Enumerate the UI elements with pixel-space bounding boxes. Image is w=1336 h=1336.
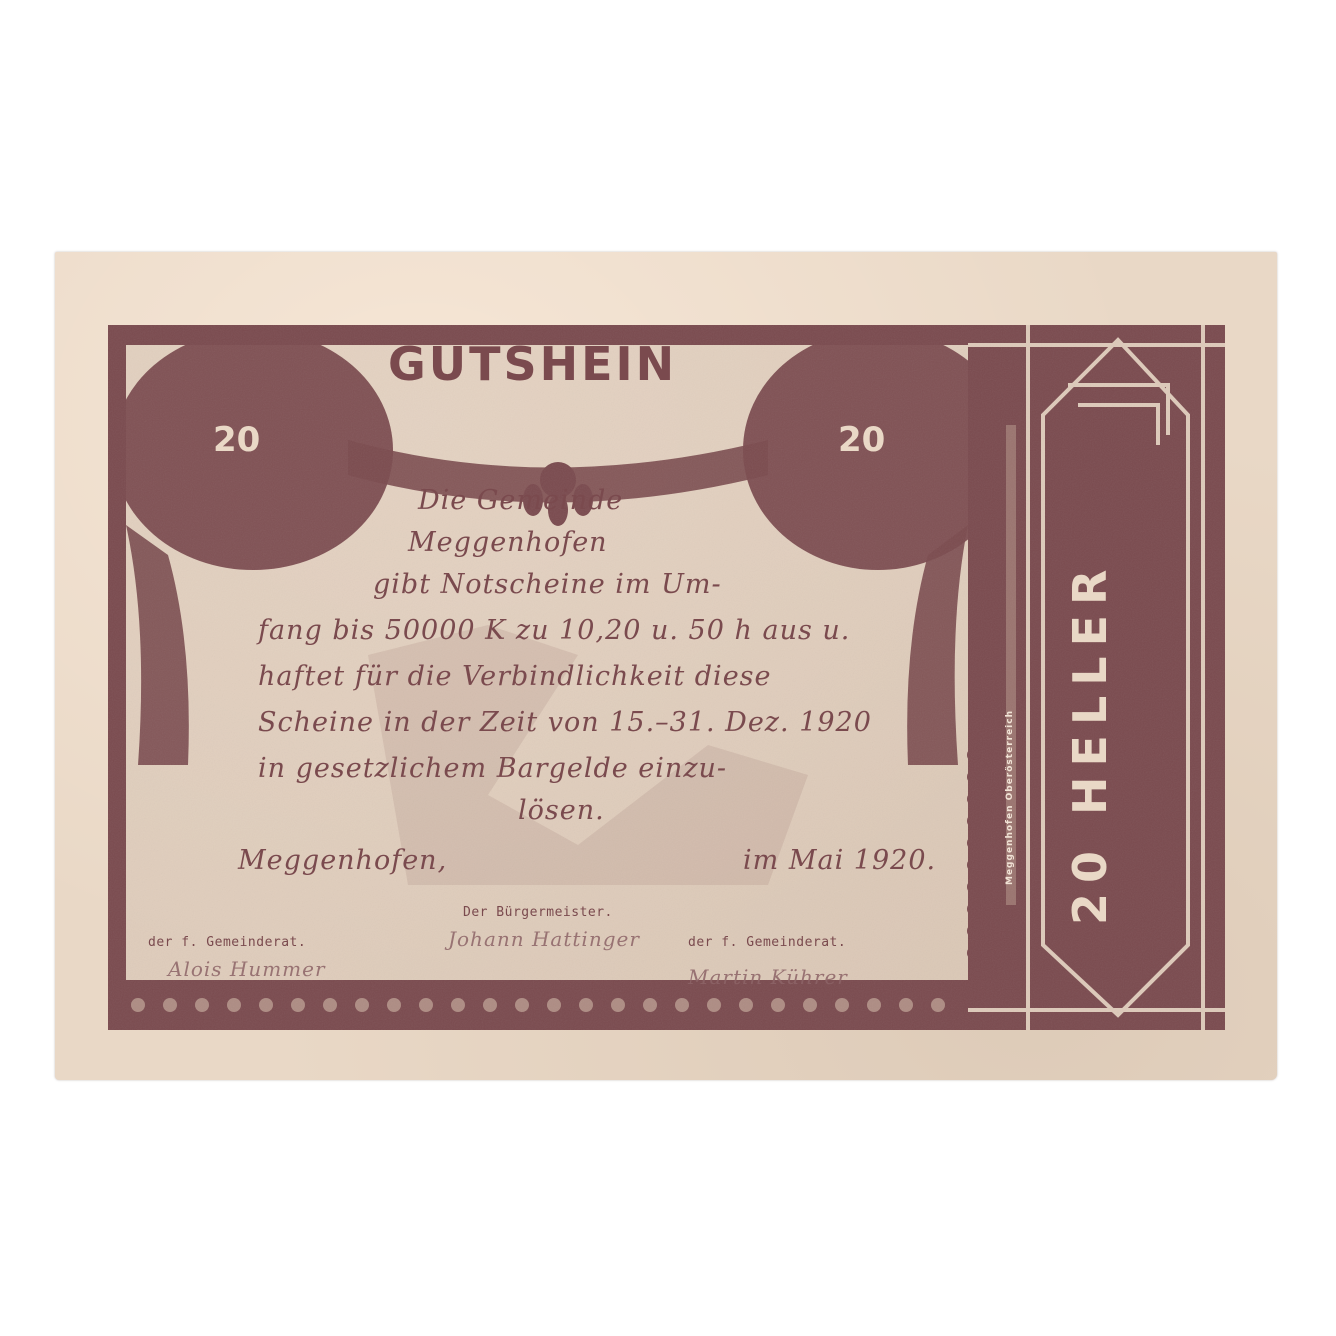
body-line-7: in gesetzlichem Bargelde einzu- xyxy=(258,753,727,784)
side-panel-microtext: Meggenhofen Oberösterreich xyxy=(1005,710,1015,885)
body-line-6: Scheine in der Zeit von 15.–31. Dez. 192… xyxy=(258,707,872,738)
notgeld-voucher: GUTSHEIN 20 20 Die Gemeinde Meggenhofen … xyxy=(55,252,1277,1080)
mayor-label: Der Bürgermeister. xyxy=(463,905,613,920)
voucher-title: GUTSHEIN xyxy=(388,337,677,391)
denomination-right: 20 xyxy=(838,420,885,460)
body-line-4: fang bis 50000 K zu 10,20 u. 50 h aus u. xyxy=(258,615,850,646)
side-panel-value: 20 HELLER xyxy=(1063,560,1117,925)
body-line-1: Die Gemeinde xyxy=(418,485,623,516)
body-line-5: haftet für die Verbindlichkeit diese xyxy=(258,661,772,692)
body-line-8: lösen. xyxy=(518,795,605,826)
mayor-signature: Johann Hattinger xyxy=(448,927,640,951)
council-left-signature: Alois Hummer xyxy=(168,957,326,981)
issue-place: Meggenhofen, xyxy=(238,845,447,876)
denomination-left: 20 xyxy=(213,420,260,460)
council-right-label: der f. Gemeinderat. xyxy=(688,935,846,950)
body-line-3: gibt Notscheine im Um- xyxy=(373,569,722,600)
council-right-signature: Martin Kührer xyxy=(688,965,848,989)
body-line-2: Meggenhofen xyxy=(408,527,608,558)
printed-frame: GUTSHEIN 20 20 Die Gemeinde Meggenhofen … xyxy=(108,325,1225,1030)
council-left-label: der f. Gemeinderat. xyxy=(148,935,306,950)
issue-date: im Mai 1920. xyxy=(743,845,936,876)
